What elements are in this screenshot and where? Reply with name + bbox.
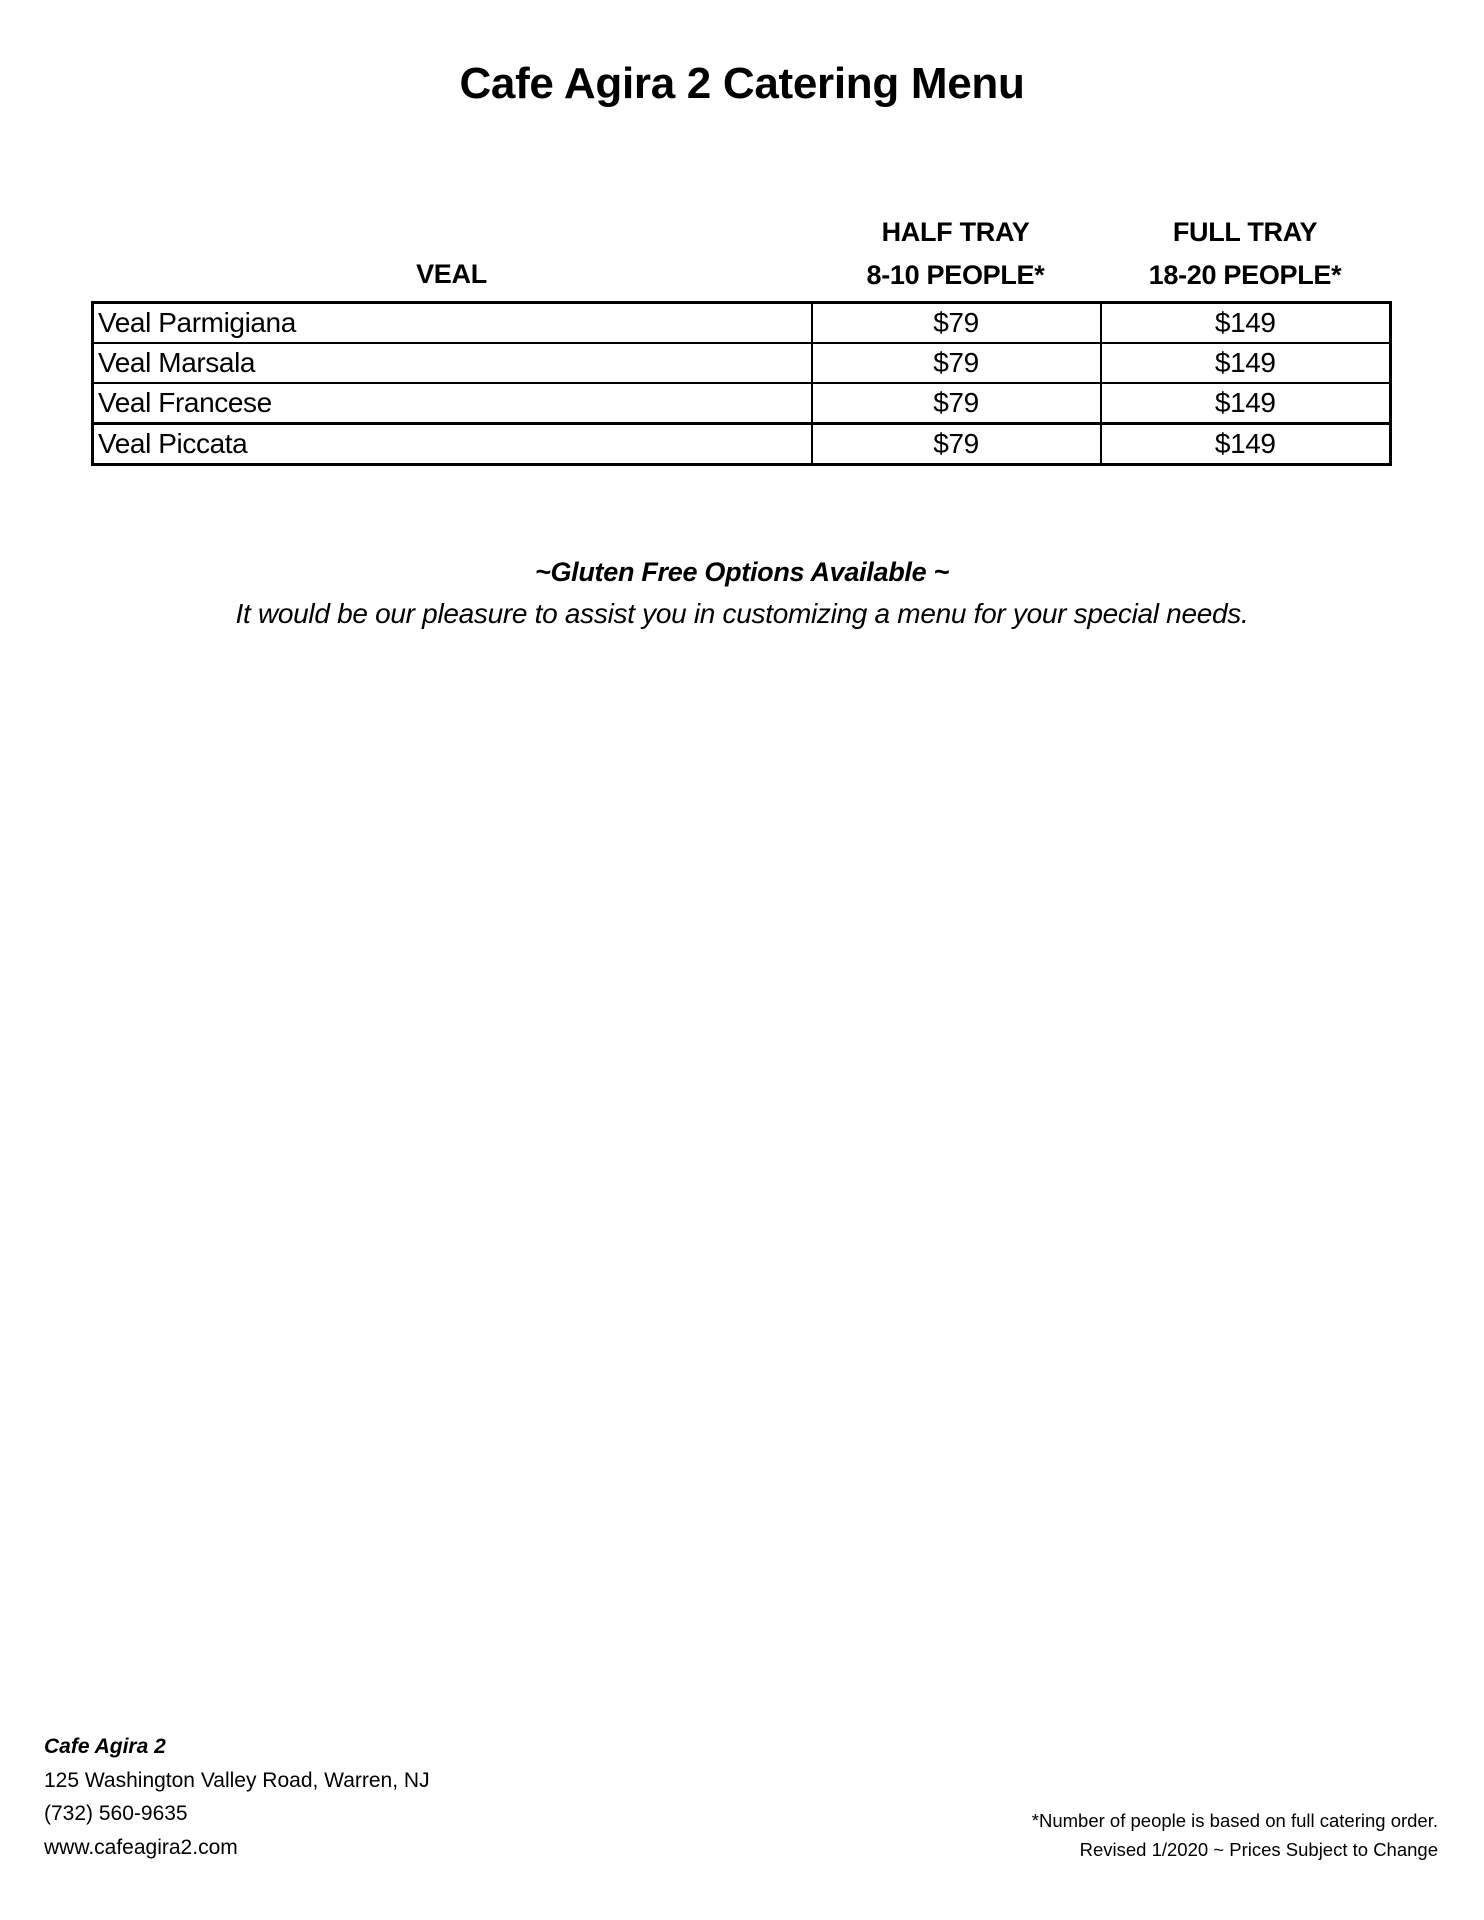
full-tray-price: $149: [1101, 383, 1391, 424]
half-tray-price: $79: [812, 303, 1101, 344]
item-name: Veal Marsala: [93, 343, 812, 383]
half-tray-price: $79: [812, 343, 1101, 383]
customizing-note: It would be our pleasure to assist you i…: [0, 596, 1484, 632]
website-link[interactable]: www.cafeagira2.com: [44, 1831, 430, 1865]
item-name: Veal Piccata: [93, 424, 812, 465]
gluten-free-note: ~Gluten Free Options Available ~: [0, 555, 1484, 589]
business-name: Cafe Agira 2: [44, 1730, 430, 1764]
half-tray-label: HALF TRAY: [882, 217, 1030, 247]
item-name: Veal Francese: [93, 383, 812, 424]
half-tray-price: $79: [812, 383, 1101, 424]
full-tray-price: $149: [1101, 424, 1391, 465]
people-note: *Number of people is based on full cater…: [1032, 1806, 1438, 1835]
full-tray-label: FULL TRAY: [1173, 217, 1317, 247]
table-row: Veal Francese $79 $149: [93, 383, 1391, 424]
menu-table: Veal Parmigiana $79 $149 Veal Marsala $7…: [91, 301, 1392, 466]
section-header-veal: VEAL: [92, 258, 811, 290]
table-row: Veal Piccata $79 $149: [93, 424, 1391, 465]
full-tray-price: $149: [1101, 343, 1391, 383]
address: 125 Washington Valley Road, Warren, NJ: [44, 1764, 430, 1798]
page-title: Cafe Agira 2 Catering Menu: [0, 58, 1484, 110]
phone: (732) 560-9635: [44, 1797, 430, 1831]
table-row: Veal Marsala $79 $149: [93, 343, 1391, 383]
column-header-half-tray: HALF TRAY 8-10 PEOPLE*: [811, 216, 1100, 291]
revised-note: Revised 1/2020 ~ Prices Subject to Chang…: [1032, 1835, 1438, 1864]
half-tray-price: $79: [812, 424, 1101, 465]
item-name: Veal Parmigiana: [93, 303, 812, 344]
half-tray-people: 8-10 PEOPLE*: [811, 259, 1100, 291]
full-tray-price: $149: [1101, 303, 1391, 344]
full-tray-people: 18-20 PEOPLE*: [1100, 259, 1390, 291]
column-header-full-tray: FULL TRAY 18-20 PEOPLE*: [1100, 216, 1390, 291]
footer-contact: Cafe Agira 2 125 Washington Valley Road,…: [44, 1730, 430, 1864]
footer-notes: *Number of people is based on full cater…: [1032, 1806, 1438, 1864]
table-row: Veal Parmigiana $79 $149: [93, 303, 1391, 344]
